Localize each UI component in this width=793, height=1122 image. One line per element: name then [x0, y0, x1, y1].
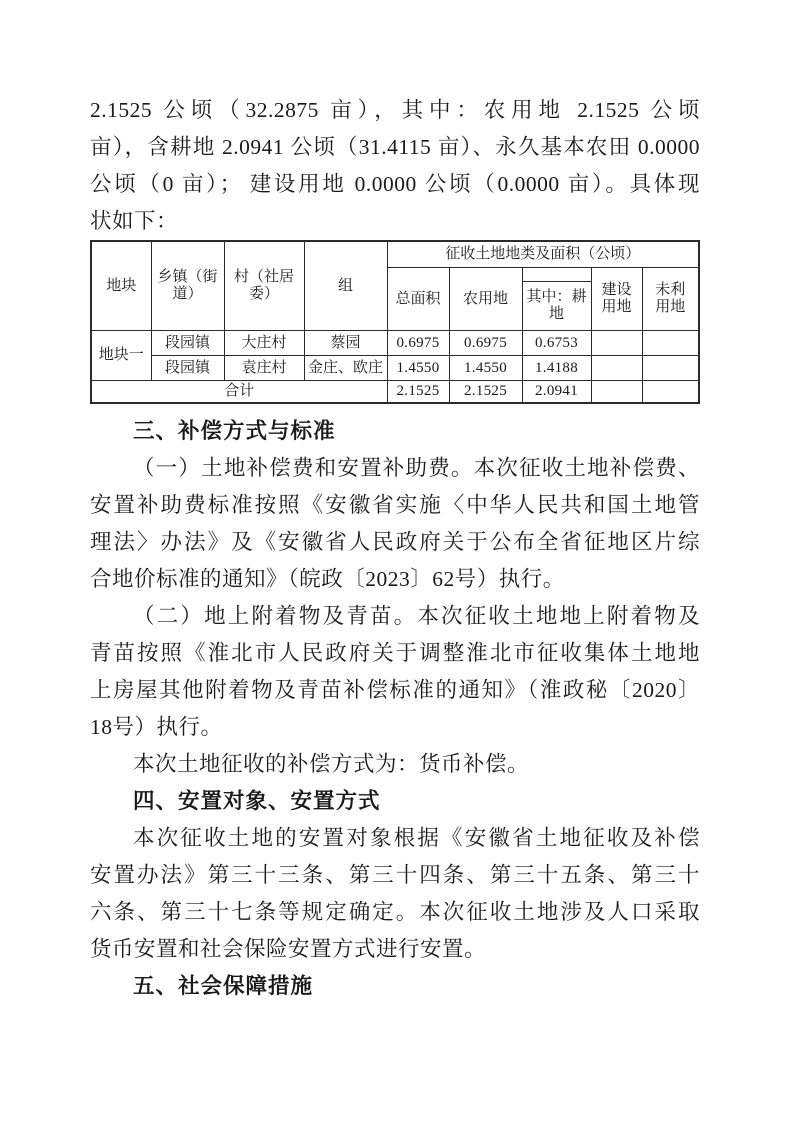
- construction-cell: [591, 356, 642, 381]
- paragraph-line: 18号）执行。: [90, 709, 700, 746]
- total-row: 合计 2.1525 2.1525 2.0941: [91, 381, 699, 404]
- intro-line: 亩），含耕地 2.0941 公顷（31.4115 亩）、永久基本农田 0.000…: [90, 129, 700, 166]
- paragraph-line: 上房屋其他附着物及青苗补偿标准的通知》（淮政秘〔2020〕: [90, 672, 700, 709]
- intro-line: 公顷（0 亩）； 建设用地 0.0000 公顷（0.0000 亩）。具体现: [90, 166, 700, 203]
- col-header-village: 村（社居 委）: [224, 241, 304, 331]
- total-area-sum-cell: 2.1525: [387, 381, 449, 404]
- intro-line: 状如下：: [90, 203, 700, 240]
- unused-cell: [642, 331, 699, 356]
- construction-cell: [591, 331, 642, 356]
- agricultural-cell: 0.6975: [449, 331, 522, 356]
- table-row: 段园镇 袁庄村 金庄、欧庄 1.4550 1.4550 1.4188: [91, 356, 699, 381]
- unused-cell: [642, 356, 699, 381]
- col-header-plot: 地块: [91, 241, 151, 331]
- col-header-construction-land: 建设 用地: [591, 268, 642, 331]
- col-header-area-group: 征收土地地类及面积（公顷）: [387, 241, 699, 268]
- table-row: 地块一 段园镇 大庄村 蔡园 0.6975 0.6975 0.6753: [91, 331, 699, 356]
- paragraph-line: 本次土地征收的补偿方式为：货币补偿。: [90, 746, 700, 783]
- document-page: 2.1525 公顷（32.2875 亩），其中：农用地 2.1525 公顷（32…: [0, 0, 793, 1122]
- paragraph-line: 安置补助费标准按照《安徽省实施〈中华人民共和国土地管: [90, 487, 700, 524]
- construction-sum-cell: [591, 381, 642, 404]
- document-sections: 三、补偿方式与标准 （一）土地补偿费和安置补助费。本次征收土地补偿费、 安置补助…: [90, 413, 700, 1005]
- paragraph-line: 安置办法》第三十三条、第三十四条、第三十五条、第三十: [90, 857, 700, 894]
- land-acquisition-table: 地块 乡镇（街 道） 村（社居 委） 组 征收土地地类及面积（公顷） 总面积 农…: [90, 240, 700, 404]
- village-cell: 大庄村: [224, 331, 304, 356]
- col-header-cultivated-spacer: [522, 268, 591, 282]
- col-header-unused-land: 未利 用地: [642, 268, 699, 331]
- section-4-heading: 四、安置对象、安置方式: [90, 783, 700, 820]
- unused-sum-cell: [642, 381, 699, 404]
- paragraph-line: 青苗按照《淮北市人民政府关于调整淮北市征收集体土地地: [90, 635, 700, 672]
- cultivated-cell: 1.4188: [522, 356, 591, 381]
- col-header-township: 乡镇（街 道）: [151, 241, 224, 331]
- paragraph-line: （一）土地补偿费和安置补助费。本次征收土地补偿费、: [90, 450, 700, 487]
- intro-line: 2.1525 公顷（32.2875 亩），其中：农用地 2.1525 公顷（32…: [90, 92, 700, 129]
- paragraph-line: 理法〉办法》及《安徽省人民政府关于公布全省征地区片综: [90, 524, 700, 561]
- total-label-cell: 合计: [91, 381, 387, 404]
- section-5-heading: 五、社会保障措施: [90, 968, 700, 1005]
- total-area-cell: 1.4550: [387, 356, 449, 381]
- col-header-cultivated-land: 其中：耕 地: [522, 282, 591, 331]
- cultivated-sum-cell: 2.0941: [522, 381, 591, 404]
- cultivated-cell: 0.6753: [522, 331, 591, 356]
- page-content: 2.1525 公顷（32.2875 亩），其中：农用地 2.1525 公顷（32…: [90, 92, 700, 1005]
- township-cell: 段园镇: [151, 331, 224, 356]
- group-cell: 金庄、欧庄: [304, 356, 387, 381]
- paragraph-line: 本次征收土地的安置对象根据《安徽省土地征收及补偿: [90, 820, 700, 857]
- paragraph-line: （二）地上附着物及青苗。本次征收土地地上附着物及: [90, 598, 700, 635]
- paragraph-line: 六条、第三十七条等规定确定。本次征收土地涉及人口采取: [90, 894, 700, 931]
- paragraph-line: 合地价标准的通知》（皖政〔2023〕62号）执行。: [90, 561, 700, 598]
- agricultural-cell: 1.4550: [449, 356, 522, 381]
- township-cell: 段园镇: [151, 356, 224, 381]
- group-cell: 蔡园: [304, 331, 387, 356]
- col-header-total-area: 总面积: [387, 268, 449, 331]
- total-area-cell: 0.6975: [387, 331, 449, 356]
- agricultural-sum-cell: 2.1525: [449, 381, 522, 404]
- col-header-agricultural-land: 农用地: [449, 268, 522, 331]
- intro-paragraph: 2.1525 公顷（32.2875 亩），其中：农用地 2.1525 公顷（32…: [90, 92, 700, 240]
- village-cell: 袁庄村: [224, 356, 304, 381]
- col-header-group: 组: [304, 241, 387, 331]
- plot-id-cell: 地块一: [91, 331, 151, 381]
- paragraph-line: 货币安置和社会保险安置方式进行安置。: [90, 931, 700, 968]
- section-3-heading: 三、补偿方式与标准: [90, 413, 700, 450]
